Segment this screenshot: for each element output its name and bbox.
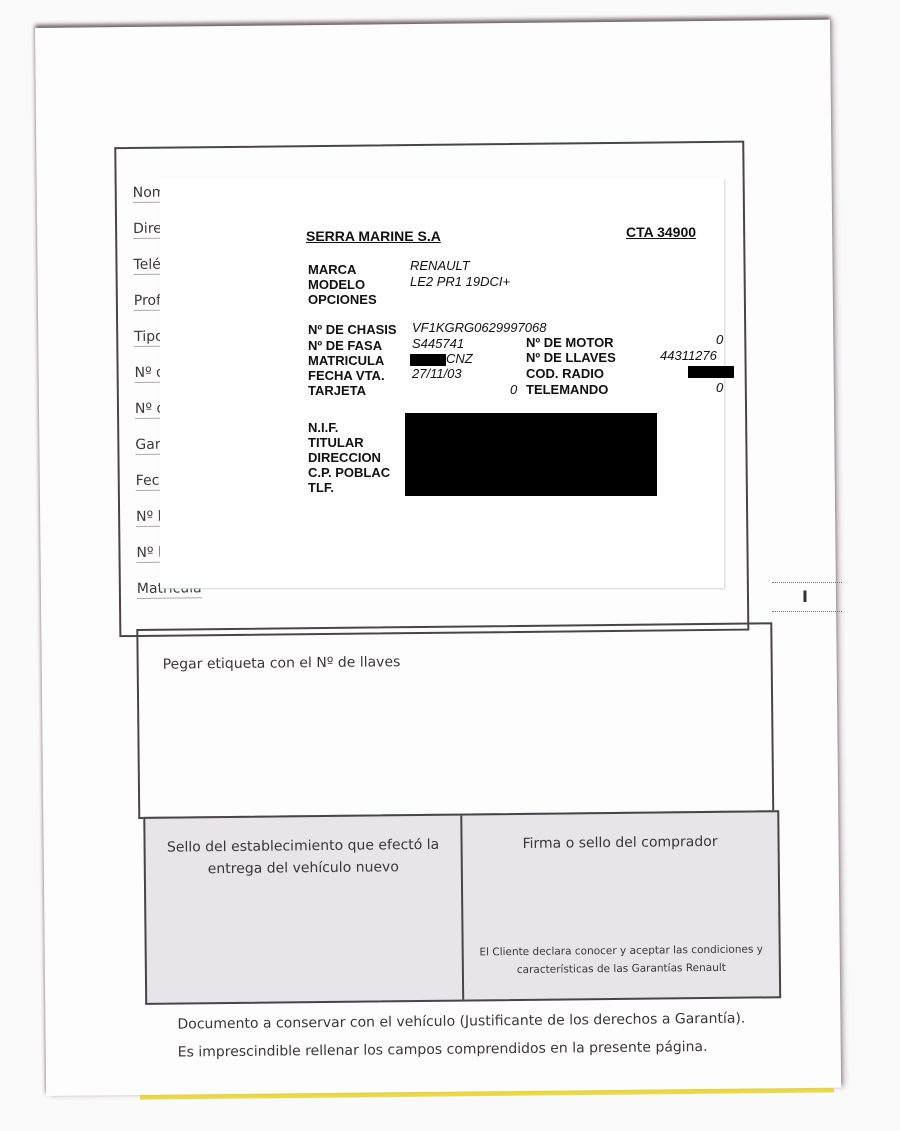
tarjeta-value: 0: [510, 382, 517, 397]
opciones-label: OPCIONES: [308, 292, 377, 307]
marca-label: MARCA: [308, 262, 356, 277]
matricula-label: MATRICULA: [308, 353, 384, 368]
tlf-label: TLF.: [308, 480, 334, 495]
dealer-stamp-title: Sello del establecimiento que efectó la …: [145, 834, 460, 881]
owner-redaction: [405, 413, 657, 496]
tarjeta-label: TARJETA: [308, 383, 366, 398]
buyer-signature-area: Firma o sello del comprador El Cliente d…: [460, 812, 779, 999]
page-tab-marker: I: [772, 582, 842, 612]
fasa-label: Nº DE FASA: [308, 338, 382, 353]
dealer-stamp-area: Sello del establecimiento que efectó la …: [145, 816, 462, 1003]
matricula-value: CNZ: [446, 351, 473, 366]
footer-line-2: Es imprescindible rellenar los campos co…: [178, 1039, 708, 1061]
footer-line-1: Documento a conservar con el vehículo (J…: [177, 1011, 745, 1033]
vehicle-sticker: SERRA MARINE S.A CTA 34900 MARCA RENAULT…: [160, 178, 724, 588]
motor-value: 0: [716, 332, 723, 347]
key-label-box: Pegar etiqueta con el Nº de llaves: [136, 622, 774, 819]
key-label-instruction: Pegar etiqueta con el Nº de llaves: [163, 654, 401, 672]
buyer-signature-title: Firma o sello del comprador: [462, 830, 777, 855]
telemando-label: TELEMANDO: [526, 382, 608, 397]
radio-label: COD. RADIO: [526, 366, 604, 381]
motor-label: Nº DE MOTOR: [526, 335, 614, 350]
dealer-name: SERRA MARINE S.A: [306, 228, 441, 244]
nif-label: N.I.F.: [308, 420, 338, 435]
customer-declaration: El Cliente declara conocer y aceptar las…: [470, 940, 773, 979]
llaves-value: 44311276: [660, 348, 717, 363]
chasis-value: VF1KGRG0629997068: [412, 320, 546, 335]
chasis-label: Nº DE CHASIS: [308, 322, 397, 337]
radio-redaction: [688, 366, 734, 378]
fecha-value: 27/11/03: [412, 366, 462, 381]
tab-marker-label: I: [802, 587, 808, 606]
account-number: CTA 34900: [626, 224, 696, 240]
titular-label: TITULAR: [308, 435, 364, 450]
telemando-value: 0: [716, 380, 723, 395]
direccion-label: DIRECCION: [308, 450, 381, 465]
signature-box: Sello del establecimiento que efectó la …: [143, 810, 781, 1005]
fasa-value: S445741: [412, 336, 464, 351]
modelo-value: LE2 PR1 19DCI+: [410, 274, 510, 289]
cp-label: C.P. POBLAC: [308, 465, 390, 480]
llaves-label: Nº DE LLAVES: [526, 350, 616, 365]
fecha-label: FECHA VTA.: [308, 368, 385, 383]
matricula-redaction: [410, 354, 446, 366]
modelo-label: MODELO: [308, 277, 365, 292]
marca-value: RENAULT: [410, 258, 470, 273]
